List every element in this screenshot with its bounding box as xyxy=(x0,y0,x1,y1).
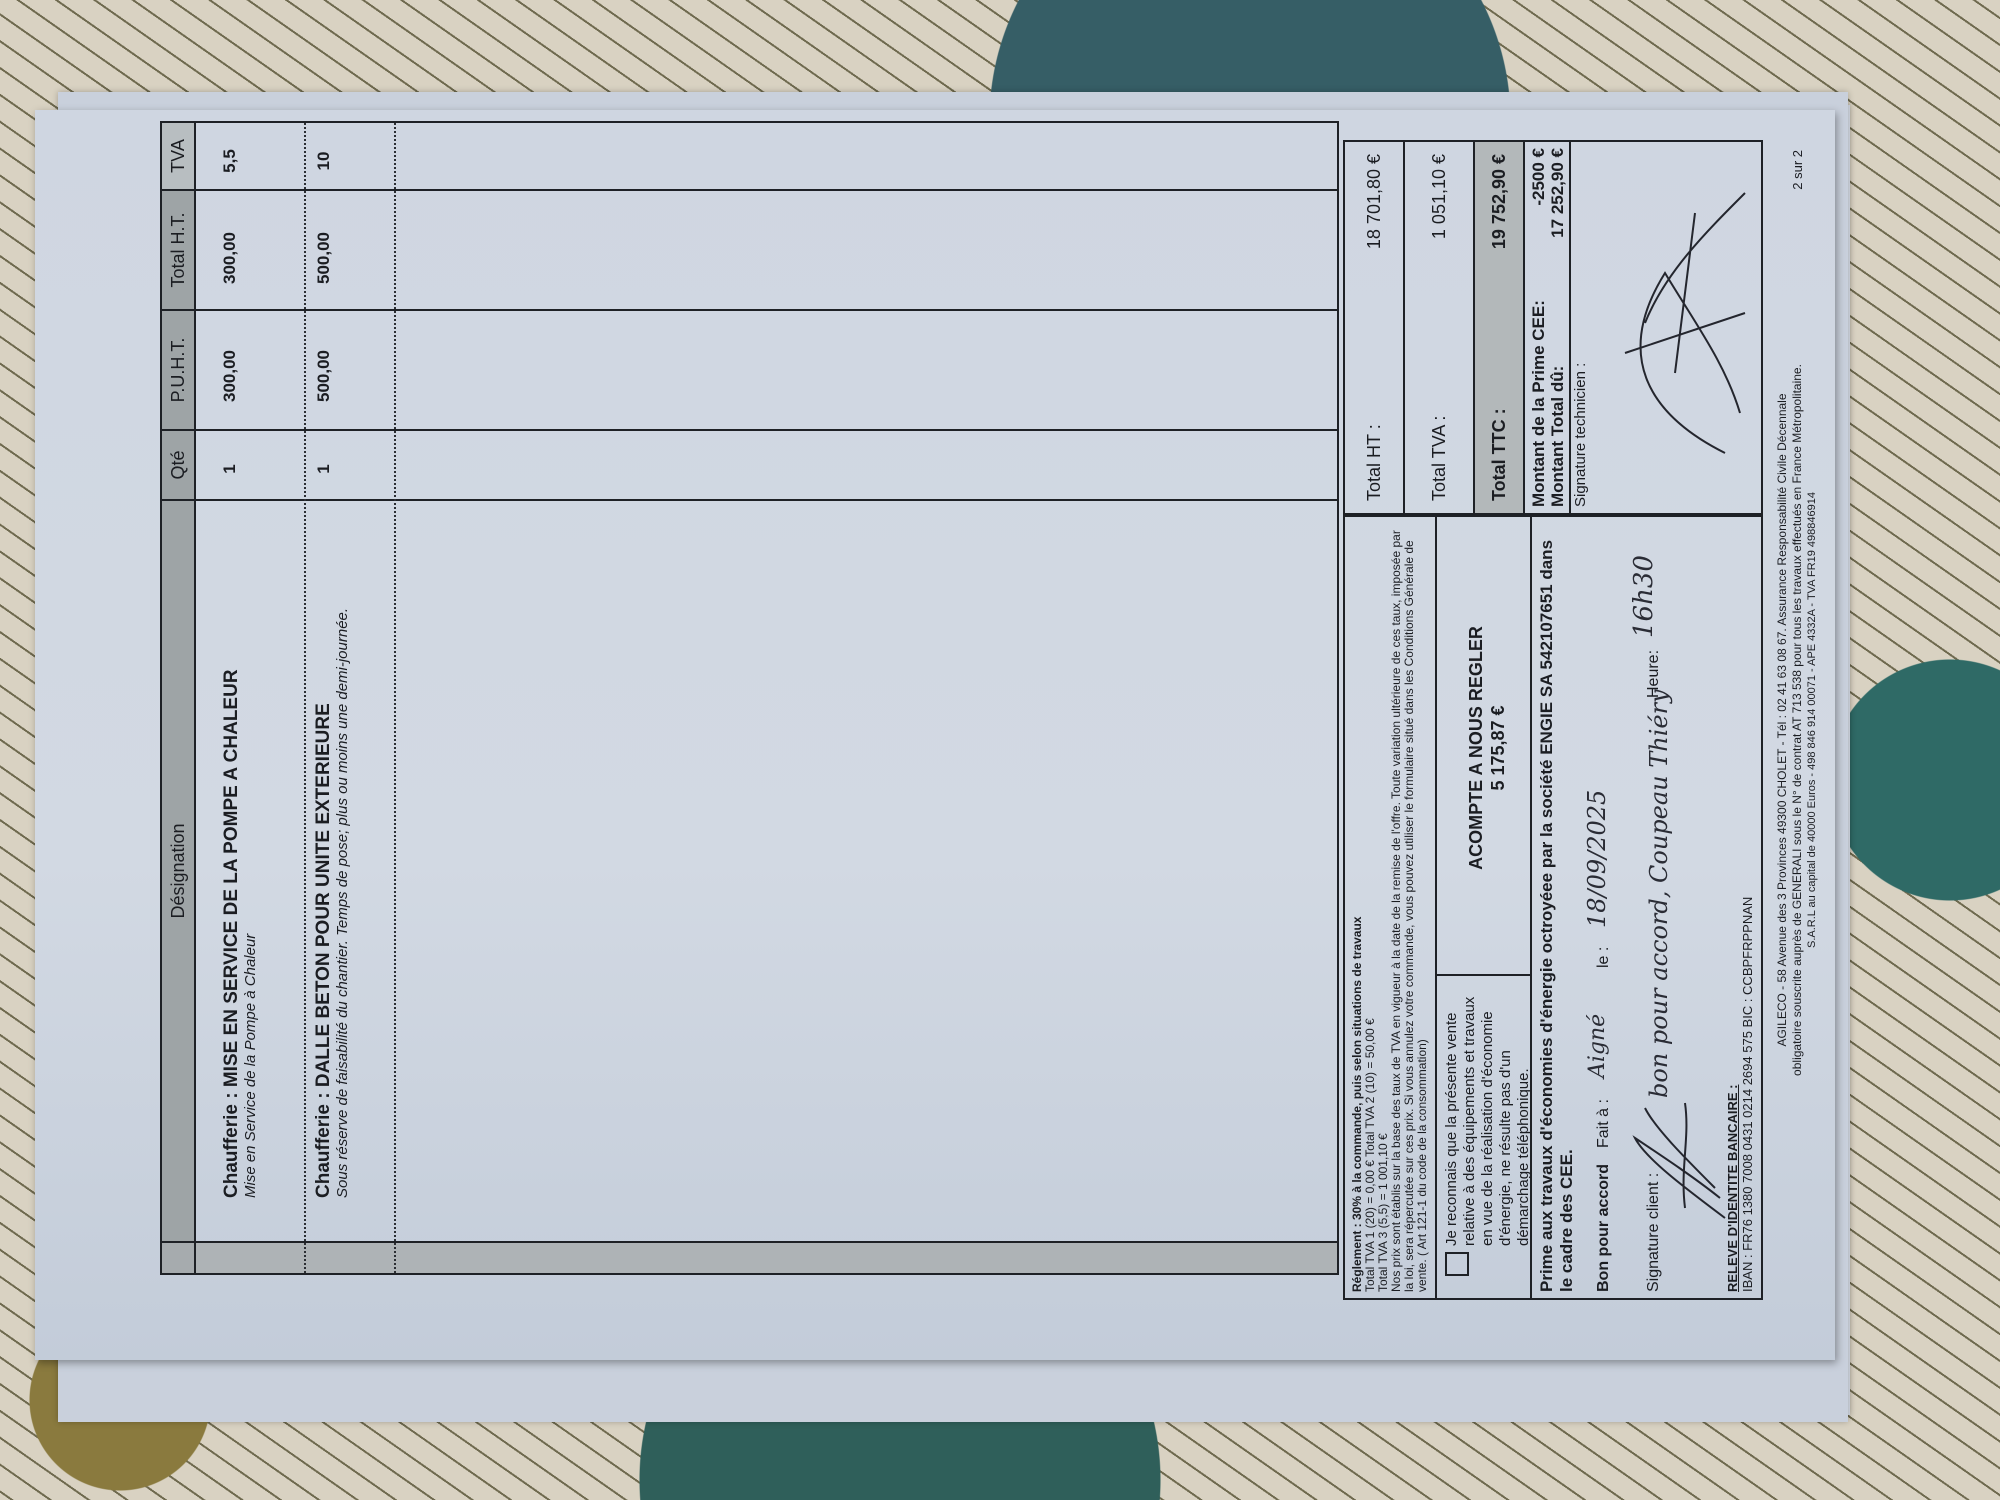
item-tva: 10 xyxy=(306,123,416,199)
iban: IBAN : FR76 1380 7008 0431 0214 2694 575… xyxy=(1740,897,1755,1292)
time-value: 16h30 xyxy=(1629,555,1659,638)
due-label: Montant Total dû: xyxy=(1548,366,1567,507)
total-ht-row: Total HT : 18 701,80 € xyxy=(1345,142,1405,513)
prime-value: -2500 € xyxy=(1529,148,1548,206)
date-label: le : xyxy=(1595,947,1613,968)
tech-signature-label: Signature technicien : xyxy=(1569,142,1590,513)
footer-line: S.A.R.L au capital de 40000 Euros - 498 … xyxy=(1805,140,1820,1300)
item-title: Chaufferie : MISE EN SERVICE DE LA POMPE… xyxy=(222,543,242,1198)
prime-block: Montant de la Prime CEE: -2500 € Montant… xyxy=(1525,142,1594,513)
item-description: Mise en Service de la Pompe à Chaleur xyxy=(242,543,259,1198)
fait-a-label: Fait à : xyxy=(1595,1099,1613,1148)
table-header: Désignation Qté P.U.H.T. Total H.T. TVA xyxy=(162,123,196,1273)
item-description: Sous réserve de faisabilité du chantier.… xyxy=(334,543,351,1198)
deposit-amount: 5 175,87 € xyxy=(1487,528,1509,968)
item-unit-price: 300,00 xyxy=(198,317,318,435)
totals-box: Total HT : 18 701,80 € Total TVA : 1 051… xyxy=(1343,140,1763,515)
header-designation: Désignation xyxy=(162,501,194,1243)
footer-line: obligatoire souscrite auprès de GENERALI… xyxy=(1790,140,1805,1300)
blank-column xyxy=(196,1243,1337,1273)
handwritten-approval: bon pour accord, Coupeau Thiéry xyxy=(1645,689,1673,1098)
technician-signature-scribble xyxy=(1605,173,1755,473)
item-title: Chaufferie : DALLE BETON POUR UNITE EXTE… xyxy=(314,543,334,1198)
items-table: Désignation Qté P.U.H.T. Total H.T. TVA … xyxy=(160,121,1339,1275)
total-tva-label: Total TVA : xyxy=(1429,416,1450,501)
table-row: Chaufferie : MISE EN SERVICE DE LA POMPE… xyxy=(198,123,318,1243)
company-footer: AGILECO - 58 Avenue des 3 Provinces 4930… xyxy=(1775,140,1820,1300)
item-total: 300,00 xyxy=(198,199,318,317)
total-ttc-label: Total TTC : xyxy=(1489,408,1510,501)
divider xyxy=(1435,974,1530,976)
acknowledgement-text: Je reconnais que la présente vente relat… xyxy=(1443,981,1533,1246)
acknowledgement-checkbox[interactable] xyxy=(1445,1252,1469,1276)
prime-row: Montant de la Prime CEE: -2500 € xyxy=(1529,148,1548,507)
total-tva-value: 1 051,10 € xyxy=(1429,154,1450,239)
date-value: 18/09/2025 xyxy=(1583,790,1611,928)
header-unit-price: P.U.H.T. xyxy=(162,311,194,431)
document-photo: Désignation Qté P.U.H.T. Total H.T. TVA … xyxy=(35,110,1835,1360)
deposit-label: ACOMPTE A NOUS REGLER xyxy=(1465,528,1487,968)
item-unit-price: 500,00 xyxy=(306,317,416,435)
total-ttc-row: Total TTC : 19 752,90 € xyxy=(1475,142,1525,513)
item-qty: 1 xyxy=(198,435,318,503)
total-ttc-value: 19 752,90 € xyxy=(1489,154,1510,249)
item-total: 500,00 xyxy=(306,199,416,317)
divider xyxy=(1530,517,1532,1298)
client-signature-scribble xyxy=(1625,1098,1735,1228)
footer-line: AGILECO - 58 Avenue des 3 Provinces 4930… xyxy=(1775,140,1790,1300)
page-number: 2 sur 2 xyxy=(1790,150,1805,190)
legal-note: Nos prix sont établis sur la base des ta… xyxy=(1390,522,1429,1292)
cee-title: Prime aux travaux d'économies d'énergie … xyxy=(1537,522,1577,1292)
terms-box: Réglement : 30% à la commande, puis selo… xyxy=(1343,515,1763,1300)
invoice-page: Désignation Qté P.U.H.T. Total H.T. TVA … xyxy=(35,110,1835,1360)
row-separator xyxy=(394,123,396,1273)
item-designation: Chaufferie : MISE EN SERVICE DE LA POMPE… xyxy=(198,503,318,1243)
item-designation: Chaufferie : DALLE BETON POUR UNITE EXTE… xyxy=(306,503,416,1243)
bank-details: RELEVE D'IDENTITE BANCAIRE : IBAN : FR76… xyxy=(1725,897,1755,1292)
fait-a-value: Aigné xyxy=(1585,1014,1610,1078)
item-qty: 1 xyxy=(306,435,416,503)
bon-pour-accord-label: Bon pour accord xyxy=(1595,1164,1613,1292)
header-total-ht: Total H.T. xyxy=(162,191,194,311)
header-qty: Qté xyxy=(162,431,194,501)
header-blank xyxy=(162,1243,194,1273)
total-ht-label: Total HT : xyxy=(1364,424,1385,501)
prime-label: Montant de la Prime CEE: xyxy=(1529,300,1548,507)
table-row: Chaufferie : DALLE BETON POUR UNITE EXTE… xyxy=(306,123,416,1243)
divider xyxy=(1435,517,1437,1298)
due-row: Montant Total dû: 17 252,90 € xyxy=(1548,148,1567,507)
item-tva: 5,5 xyxy=(198,123,318,199)
total-tva-row: Total TVA : 1 051,10 € xyxy=(1405,142,1475,513)
total-ht-value: 18 701,80 € xyxy=(1364,154,1385,249)
deposit: ACOMPTE A NOUS REGLER 5 175,87 € xyxy=(1465,528,1509,968)
header-tva: TVA xyxy=(162,123,194,191)
bank-title: RELEVE D'IDENTITE BANCAIRE : xyxy=(1725,897,1740,1292)
payment-terms: Réglement : 30% à la commande, puis selo… xyxy=(1351,522,1429,1292)
due-value: 17 252,90 € xyxy=(1548,148,1567,238)
